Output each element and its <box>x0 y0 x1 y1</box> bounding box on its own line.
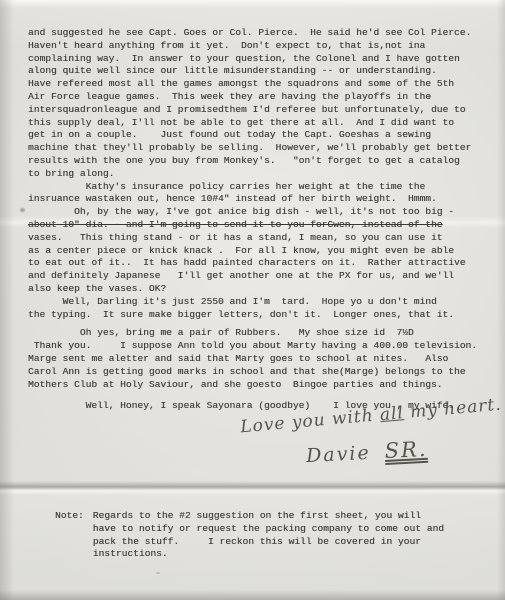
letter-line: about 10" dia. - and I'm going to send i… <box>28 219 477 232</box>
paper-right-shadow <box>497 0 505 600</box>
letter-line: Oh, by the way, I've got anice big dish … <box>28 206 477 219</box>
letter-line: and suggested he see Capt. Goes or Col. … <box>28 27 477 40</box>
signature-suffix: SR. <box>384 437 428 463</box>
letter-line: complaining way. In answer to your quest… <box>28 53 477 66</box>
letter-line: machine that they'll probably be selling… <box>28 142 477 155</box>
note-line: Regards to the #2 suggestion on the firs… <box>93 510 444 523</box>
letter-line: results with the one you buy from Monkey… <box>28 155 477 168</box>
note-lines: Regards to the #2 suggestion on the firs… <box>93 510 444 561</box>
letter-line: Mothers Club at Holy Saviour, and she go… <box>28 379 477 392</box>
letter-line: to bring along. <box>28 168 477 181</box>
letter-line: get in on a couple. Just found out today… <box>28 129 477 142</box>
letter-line: and definitely Japanese I'll get another… <box>28 270 477 283</box>
letter-line: the typing. It sure make bigger letters,… <box>28 309 477 322</box>
note-line: instructions. <box>93 548 444 561</box>
paper-top-edge-highlight <box>0 0 505 8</box>
letter-line: Kathy's insurance policy carries her wei… <box>28 181 477 194</box>
note-line: pack the stuff. I reckon this will be co… <box>93 536 444 549</box>
letter-line: insruance wastaken out, hence 10#4" inst… <box>28 193 477 206</box>
letter-line: Well, Darling it's just 2550 and I'm tar… <box>28 296 477 309</box>
letter-line: this supply deal, I'll not be able to ge… <box>28 117 477 130</box>
paper-bottom-shadow <box>0 590 505 600</box>
paper-bottom-fold-crease <box>0 481 505 495</box>
note-line: have to notify or request the packing co… <box>93 523 444 536</box>
letter-line: Air Force league games. This week they a… <box>28 91 477 104</box>
letter-line: Have refereed most all the games amongst… <box>28 78 477 91</box>
letter-line: along quite well since our little misund… <box>28 65 477 78</box>
letter-line: Haven't heard anything from it yet. Don'… <box>28 40 477 53</box>
letter-line: vases. This thing stand - or it has a st… <box>28 232 477 245</box>
letter-page: and suggested he see Capt. Goes or Col. … <box>0 0 505 600</box>
letter-line: to eat out of it.. It has hadd painted c… <box>28 257 477 270</box>
note-block: Note: Regards to the #2 suggestion on th… <box>55 510 444 561</box>
letter-line: also keep the vases. OK? <box>28 283 477 296</box>
paper-speck <box>20 208 25 212</box>
note-label: Note: <box>55 510 84 561</box>
letter-line: as a center piece or knick knack . For a… <box>28 245 477 258</box>
paper-left-shadow <box>0 0 14 600</box>
letter-line: Thank you. I suppose Ann told you about … <box>28 340 477 353</box>
signature-name: Davie <box>306 442 372 467</box>
handwritten-signature: DavieSR. <box>305 437 428 467</box>
handwritten-underlined-word: all <box>379 403 405 425</box>
paper-speck <box>156 572 160 574</box>
letter-line: Marge sent me aletter and said that Mart… <box>28 353 477 366</box>
letter-line: intersquadronleague and I promisedthem I… <box>28 104 477 117</box>
letter-line: Oh yes, bring me a pair of Rubbers. My s… <box>28 327 477 340</box>
letter-line: Carol Ann is getting good marks in schoo… <box>28 366 477 379</box>
letter-body: and suggested he see Capt. Goes or Col. … <box>28 27 477 413</box>
